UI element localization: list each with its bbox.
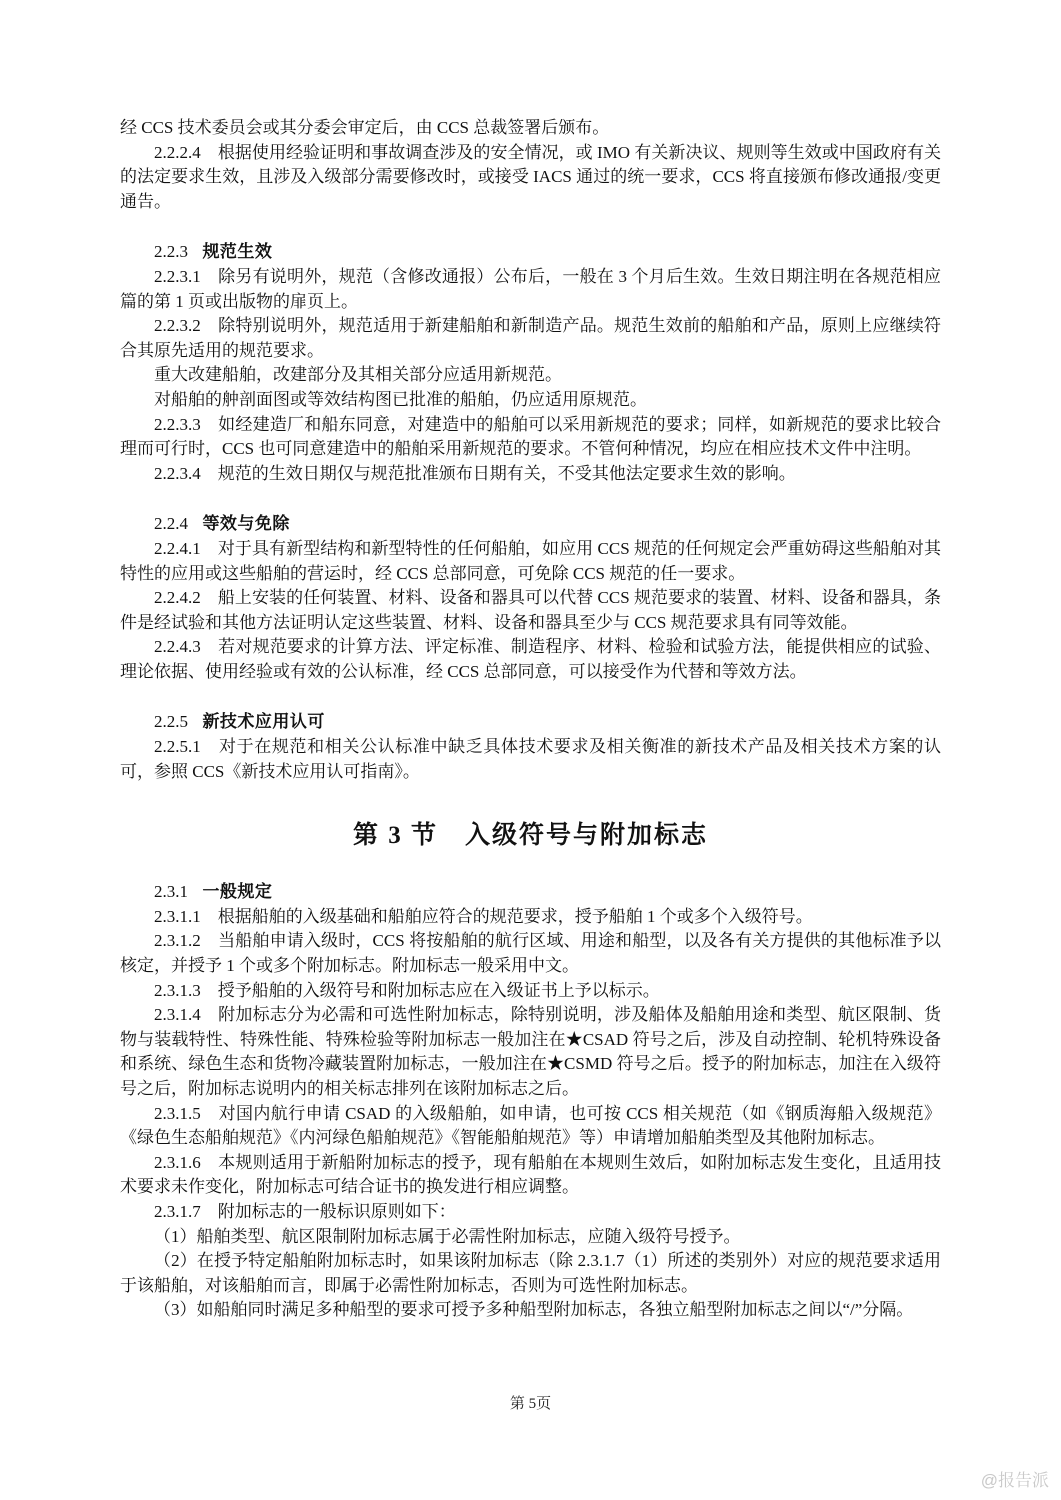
subsection-heading: 2.2.3规范生效 [120,240,941,265]
paragraph: 2.2.2.4 根据使用经验证明和事故调查涉及的安全情况，或 IMO 有关新决议… [120,141,941,215]
subsection-title: 一般规定 [202,882,272,901]
paragraph: （3）如船舶同时满足多种船型的要求可授予多种船型附加标志，各独立船型附加标志之间… [120,1298,941,1323]
document-body: 经 CCS 技术委员会或其分委会审定后，由 CCS 总裁签署后颁布。2.2.2.… [120,116,941,1323]
paragraph: 2.3.1.7 附加标志的一般标识原则如下： [120,1200,941,1225]
paragraph: 2.2.3.2 除特别说明外，规范适用于新建船舶和新制造产品。规范生效前的船舶和… [120,314,941,363]
subsection-heading: 2.2.5新技术应用认可 [120,710,941,735]
paragraph: （1）船舶类型、航区限制附加标志属于必需性附加标志，应随入级符号授予。 [120,1225,941,1250]
paragraph: 2.2.3.4 规范的生效日期仅与规范批准颁布日期有关，不受其他法定要求生效的影… [120,462,941,487]
subsection-title: 新技术应用认可 [202,712,325,731]
paragraph: 2.2.3.3 如经建造厂和船东同意，对建造中的船舶可以采用新规范的要求；同样，… [120,413,941,462]
paragraph: 2.2.4.1 对于具有新型结构和新型特性的任何船舶，如应用 CCS 规范的任何… [120,537,941,586]
paragraph: 2.3.1.1 根据船舶的入级基础和船舶应符合的规范要求，授予船舶 1 个或多个… [120,905,941,930]
subsection-number: 2.2.4 [154,514,188,533]
paragraph: 2.2.4.3 若对规范要求的计算方法、评定标准、制造程序、材料、检验和试验方法… [120,635,941,684]
paragraph: 2.2.4.2 船上安装的任何装置、材料、设备和器具可以代替 CCS 规范要求的… [120,586,941,635]
subsection-title: 等效与免除 [202,514,290,533]
subsection-title: 规范生效 [202,242,272,261]
paragraph: 2.3.1.5 对国内航行申请 CSAD 的入级船舶，如申请，也可按 CCS 相… [120,1102,941,1151]
section-title: 第 3 节 入级符号与附加标志 [120,818,941,854]
page-number: 第 5页 [0,1392,1061,1417]
paragraph: 2.3.1.4 附加标志分为必需和可选性附加标志，除特别说明，涉及船体及船舶用途… [120,1003,941,1101]
paragraph: 2.2.3.1 除另有说明外，规范（含修改通报）公布后，一般在 3 个月后生效。… [120,265,941,314]
paragraph: 2.3.1.3 授予船舶的入级符号和附加标志应在入级证书上予以标示。 [120,979,941,1004]
document-page: 经 CCS 技术委员会或其分委会审定后，由 CCS 总裁签署后颁布。2.2.2.… [0,0,1061,1500]
subsection-number: 2.2.5 [154,712,188,731]
paragraph: 2.3.1.2 当船舶申请入级时，CCS 将按船舶的航行区域、用途和船型，以及各… [120,929,941,978]
subsection-number: 2.2.3 [154,242,188,261]
subsection-heading: 2.3.1一般规定 [120,880,941,905]
watermark: @报告派 [981,1469,1049,1494]
paragraph: 2.2.5.1 对于在规范和相关公认标准中缺乏具体技术要求及相关衡准的新技术产品… [120,735,941,784]
subsection-heading: 2.2.4等效与免除 [120,512,941,537]
paragraph: 对船舶的舯剖面图或等效结构图已批准的船舶，仍应适用原规范。 [120,388,941,413]
subsection-number: 2.3.1 [154,882,188,901]
paragraph: （2）在授予特定船舶附加标志时，如果该附加标志（除 2.3.1.7（1）所述的类… [120,1249,941,1298]
paragraph: 重大改建船舶，改建部分及其相关部分应适用新规范。 [120,363,941,388]
paragraph: 2.3.1.6 本规则适用于新船附加标志的授予，现有船舶在本规则生效后，如附加标… [120,1151,941,1200]
paragraph: 经 CCS 技术委员会或其分委会审定后，由 CCS 总裁签署后颁布。 [120,116,941,141]
